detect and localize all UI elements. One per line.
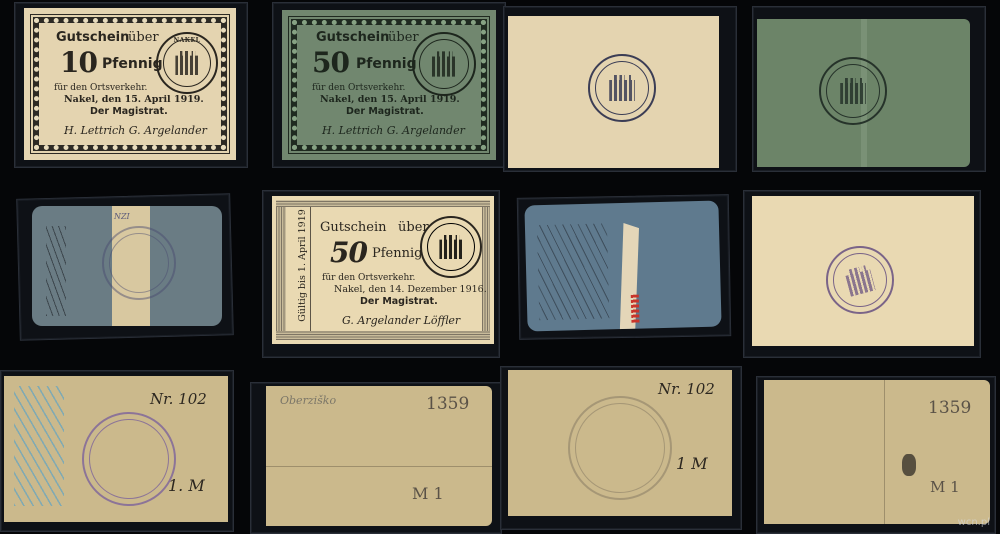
watermark: wcn.pl	[958, 517, 990, 528]
note-green-back[interactable]	[757, 19, 970, 167]
handwritten-number: Nr. 102	[150, 390, 207, 408]
note-cream-back-violet-seal[interactable]	[752, 196, 974, 346]
fold-line	[884, 380, 885, 524]
city-seal	[420, 216, 482, 278]
note-value: 50	[330, 236, 367, 269]
castle-icon	[844, 264, 876, 297]
serial-number: 1359	[426, 394, 469, 414]
note-50-pfennig-cream-front[interactable]: Gültig bis 1. April 1919 Gutschein über …	[272, 196, 494, 344]
handwritten-value: 1. M	[168, 476, 205, 495]
border-stripes-right	[482, 200, 490, 340]
serial-number: 1359	[928, 398, 971, 418]
castle-icon	[439, 235, 462, 259]
note-worn-back-handwritten[interactable]: Nr. 102 1. M	[4, 376, 228, 522]
seal-fragment: NZI	[114, 212, 130, 221]
note-blue-back-taped[interactable]: NZI	[32, 206, 222, 326]
note-issuer: Der Magistrat.	[346, 106, 424, 117]
seal-text: NAKEL	[174, 37, 201, 44]
note-title: Gutschein	[56, 30, 129, 45]
note-10-pfennig-front[interactable]: Gutschein über 10 Pfennig für den Ortsve…	[24, 8, 236, 160]
note-value: M 1	[930, 478, 960, 496]
city-seal	[412, 32, 476, 96]
city-seal	[588, 54, 656, 122]
note-issuer: Der Magistrat.	[90, 106, 168, 117]
note-value: 10	[60, 46, 97, 79]
note-50-pfennig-green-front[interactable]: Gutschein über 50 Pfennig für den Ortsve…	[282, 10, 496, 160]
handwriting-scribble	[46, 226, 66, 316]
faded-seal	[102, 226, 176, 300]
note-value: M 1	[412, 484, 444, 503]
note-blue-back-torn[interactable]	[524, 200, 721, 331]
note-cream-back[interactable]	[508, 16, 719, 168]
note-purpose: für den Ortsverkehr.	[54, 83, 147, 93]
note-worn-front-1359[interactable]: Oberziško 1359 M 1	[266, 386, 492, 526]
castle-icon	[609, 75, 635, 102]
border-stripes-bottom	[276, 331, 490, 340]
note-date: Nakel, den 14. Dezember 1916.	[334, 284, 487, 295]
note-title: Gutschein	[320, 220, 387, 235]
fold-line	[266, 466, 492, 467]
handwritten-number: Nr. 102	[658, 380, 715, 398]
note-uber: über	[388, 30, 419, 45]
note-value: 50	[312, 46, 349, 79]
note-purpose: für den Ortsverkehr.	[322, 273, 415, 283]
note-worn-back-handwritten-2[interactable]: Nr. 102 1 M	[508, 370, 732, 516]
violet-seal	[82, 412, 176, 506]
note-unit: Pfennig	[372, 246, 422, 261]
border-stripes-left	[276, 200, 286, 340]
note-signatures: H. Lettrich G. Argelander	[322, 124, 465, 137]
note-issuer: Der Magistrat.	[360, 296, 438, 307]
violet-seal	[826, 246, 894, 314]
note-unit: Pfennig	[102, 56, 163, 72]
note-date: Nakel, den 15. April 1919.	[64, 94, 204, 105]
castle-icon	[432, 51, 456, 76]
ink-stain	[902, 454, 916, 476]
validity-text: Gültig bis 1. April 1919	[297, 209, 308, 322]
note-signatures: G. Argelander Löffler	[342, 314, 460, 327]
border-stripes-top	[276, 200, 490, 207]
place-name: Oberziško	[280, 394, 336, 407]
castle-icon	[840, 78, 866, 105]
castle-icon	[175, 51, 198, 75]
note-title: Gutschein	[316, 30, 389, 45]
city-seal	[819, 57, 887, 125]
note-uber: über	[128, 30, 159, 45]
blue-scribble	[14, 386, 64, 506]
handwritten-value: 1 M	[676, 454, 708, 473]
city-seal: NAKEL	[156, 32, 218, 94]
red-print-fragment	[631, 295, 640, 323]
note-unit: Pfennig	[356, 56, 417, 72]
note-purpose: für den Ortsverkehr.	[312, 83, 405, 93]
note-worn-front-1359-2[interactable]: 1359 M 1	[764, 380, 990, 524]
handwriting-scribble	[537, 223, 609, 320]
faded-seal	[568, 396, 672, 500]
note-signatures: H. Lettrich G. Argelander	[64, 124, 207, 137]
